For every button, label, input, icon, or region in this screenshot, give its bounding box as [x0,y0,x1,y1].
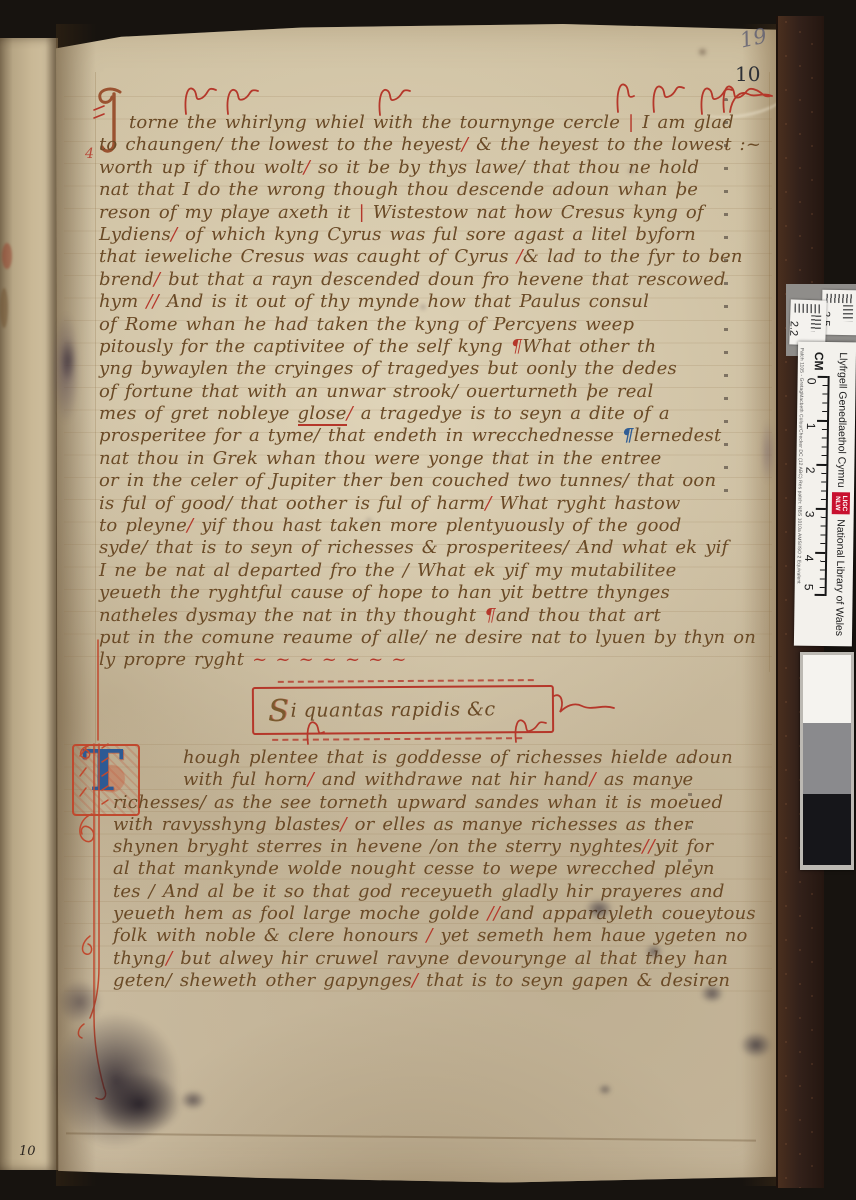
cm-label: CM [812,352,826,371]
scale-number: 5 [802,584,816,591]
parchment-stain [700,984,724,1003]
manuscript-text-line: yeueth the ryghtful cause of hope to han… [99,582,775,604]
manuscript-text-line: syde/ that is to seyn of richesses & pro… [99,537,775,559]
manuscript-text-line: torne the whirlyng whiel with the tourny… [99,112,775,134]
manuscript-text-line: thyng/ but alwey hir cruwel ravyne devou… [113,948,775,970]
resolution-patch-2-5: 2.5 [822,290,856,336]
manuscript-text-line: put in the comune reaume of alle/ ne des… [99,627,775,649]
quire-signature: 10 [19,1144,36,1159]
scale-number: 2 [803,467,817,474]
nlw-logo-line2: NLW [834,496,841,511]
parchment-stain [598,1084,612,1095]
scale-tick [817,420,827,422]
centimeter-scale: 0 1 2 3 4 5 [801,376,830,596]
manuscript-text-line: to pleyne/ yif thou hast taken more plen… [99,515,775,537]
resolution-grille-icon [826,294,853,303]
grayscale-mid-patch [803,723,851,794]
grayscale-step-target [800,652,854,870]
manuscript-text-line: folk with noble & clere honours / yet se… [113,925,775,947]
manuscript-text-line: worth up if thou wolt/ so it be by thys … [99,157,775,179]
rubric-initial: S [268,693,289,728]
scale-number: 3 [803,511,817,518]
parchment-stain [760,420,776,484]
resolution-grille-icon [794,304,821,314]
parchment-stain [585,898,613,920]
manuscript-text-line: ly propre ryght ~ ~ ~ ~ ~ ~ ~ [99,649,775,671]
manuscript-text-line: nat thou in Grek whan thou were yonge th… [99,448,775,470]
manuscript-text-line: hough plentee that is goddesse of riches… [113,747,775,769]
manuscript-text-line: of Rome whan he had taken the kyng of Pe… [99,314,775,336]
resolution-patch-2-2: 2.2 [789,299,827,345]
manuscript-text-line: or in the celer of Jupiter ther ben couc… [99,470,775,492]
cadel-ascender-icon [716,80,776,116]
manuscript-text-line: I ne be nat al departed fro the / What e… [99,560,775,582]
ruler-strip: Llyfrgell Genedlaethol Cymru LlGC NLW Na… [794,342,856,647]
scale-tick [815,594,825,596]
parchment-stain [740,1032,772,1058]
scale-number: 4 [802,555,816,562]
parchment-speck [420,304,426,310]
manuscript-text-line: yng bywaylen the cryinges of tragedyes b… [99,358,775,380]
manuscript-text-line: brend/ but that a rayn descended doun fr… [99,269,775,291]
grayscale-white-patch [803,655,851,723]
resolution-grille-icon [811,315,822,331]
text-block-metrum: hough plentee that is goddesse of riches… [113,747,775,992]
scale-tick [816,508,826,510]
parchment-speck [628,168,635,174]
cadel-ascenders-icon [290,716,570,746]
facing-page-text-trace [2,243,12,269]
library-brand: Llyfrgell Genedlaethol Cymru LlGC NLW Na… [830,352,852,636]
manuscript-text-line: mes of gret nobleye glose/ a tragedye is… [99,403,775,425]
manuscript-text-line: shynen bryght sterres in hevene /on the … [113,836,775,858]
nlw-logo-line1: LlGC [841,496,848,512]
scale-number: 0 [805,378,819,385]
manuscript-text-line: hym // And is it out of thy mynde how th… [99,291,775,313]
parchment-stain [96,1072,182,1136]
facing-page-edge [0,38,58,1170]
manuscript-text-line: nat that I do the wrong though thou desc… [99,179,775,201]
parchment-stain [645,944,663,959]
patch-label: 2.2 [787,321,800,337]
library-name-welsh: Llyfrgell Genedlaethol Cymru [835,352,849,488]
manuscript-text-line: is ful of good/ that oother is ful of ha… [99,493,775,515]
parchment-speck [366,518,372,523]
manuscript-text-line: pitously for the captivitee of the self … [99,336,775,358]
manuscript-text-line: yeueth hem as fool large moche golde //a… [113,903,775,925]
manuscript-text-line: natheles dysmay the nat in thy thought ¶… [99,605,775,627]
manuscript-text-line: with ravysshyng blastes/ or elles as man… [113,814,775,836]
manuscript-text-line: reson of my playe axeth it | Wistestow n… [99,202,775,224]
manuscript-text-line: tes / And al be it so that god receyueth… [113,881,775,903]
scale-tick [815,552,825,554]
parchment-stain [60,338,76,382]
manuscript-text-line: prosperitee for a tyme/ that endeth in w… [99,425,775,447]
manuscript-photo: 19 10 10 4 torne the whirlyng whiel with… [0,0,856,1200]
manuscript-text-line: geten/ sheweth other gapynges/ that is t… [113,970,775,992]
scale-tick [818,376,828,378]
manuscript-text-line: al that mankynde wolde nought cesse to w… [113,858,775,880]
manuscript-text-line: with ful horn/ and withdrawe nat hir han… [113,769,775,791]
facing-page-text-trace [0,288,8,328]
text-block-prose: torne the whirlyng whiel with the tourny… [99,112,775,672]
manuscript-text-line: Lydiens/ of which kyng Cyrus was ful sor… [99,224,775,246]
manuscript-text-line: of fortune that with an unwar strook/ ou… [99,381,775,403]
grayscale-black-patch [803,794,851,865]
ruler-content: Llyfrgell Genedlaethol Cymru LlGC NLW Na… [794,342,856,647]
parchment-speck [505,452,512,458]
parchment-stain [180,1090,206,1110]
manuscript-text-line: that ieweliche Cresus was caught of Cyru… [99,246,775,268]
parchment-speck [698,48,707,56]
scale-tick [816,464,826,466]
library-name-english: National Library of Wales [833,519,847,636]
parchment-stain [58,980,102,1024]
manuscript-text-line: richesses/ as the see torneth upward san… [113,792,775,814]
nlw-logo: LlGC NLW [831,493,850,515]
scale-number: 1 [804,423,818,430]
manuscript-text-line: to chaungen/ the lowest to the heyest/ &… [99,134,775,156]
resolution-grille-icon [843,305,853,321]
